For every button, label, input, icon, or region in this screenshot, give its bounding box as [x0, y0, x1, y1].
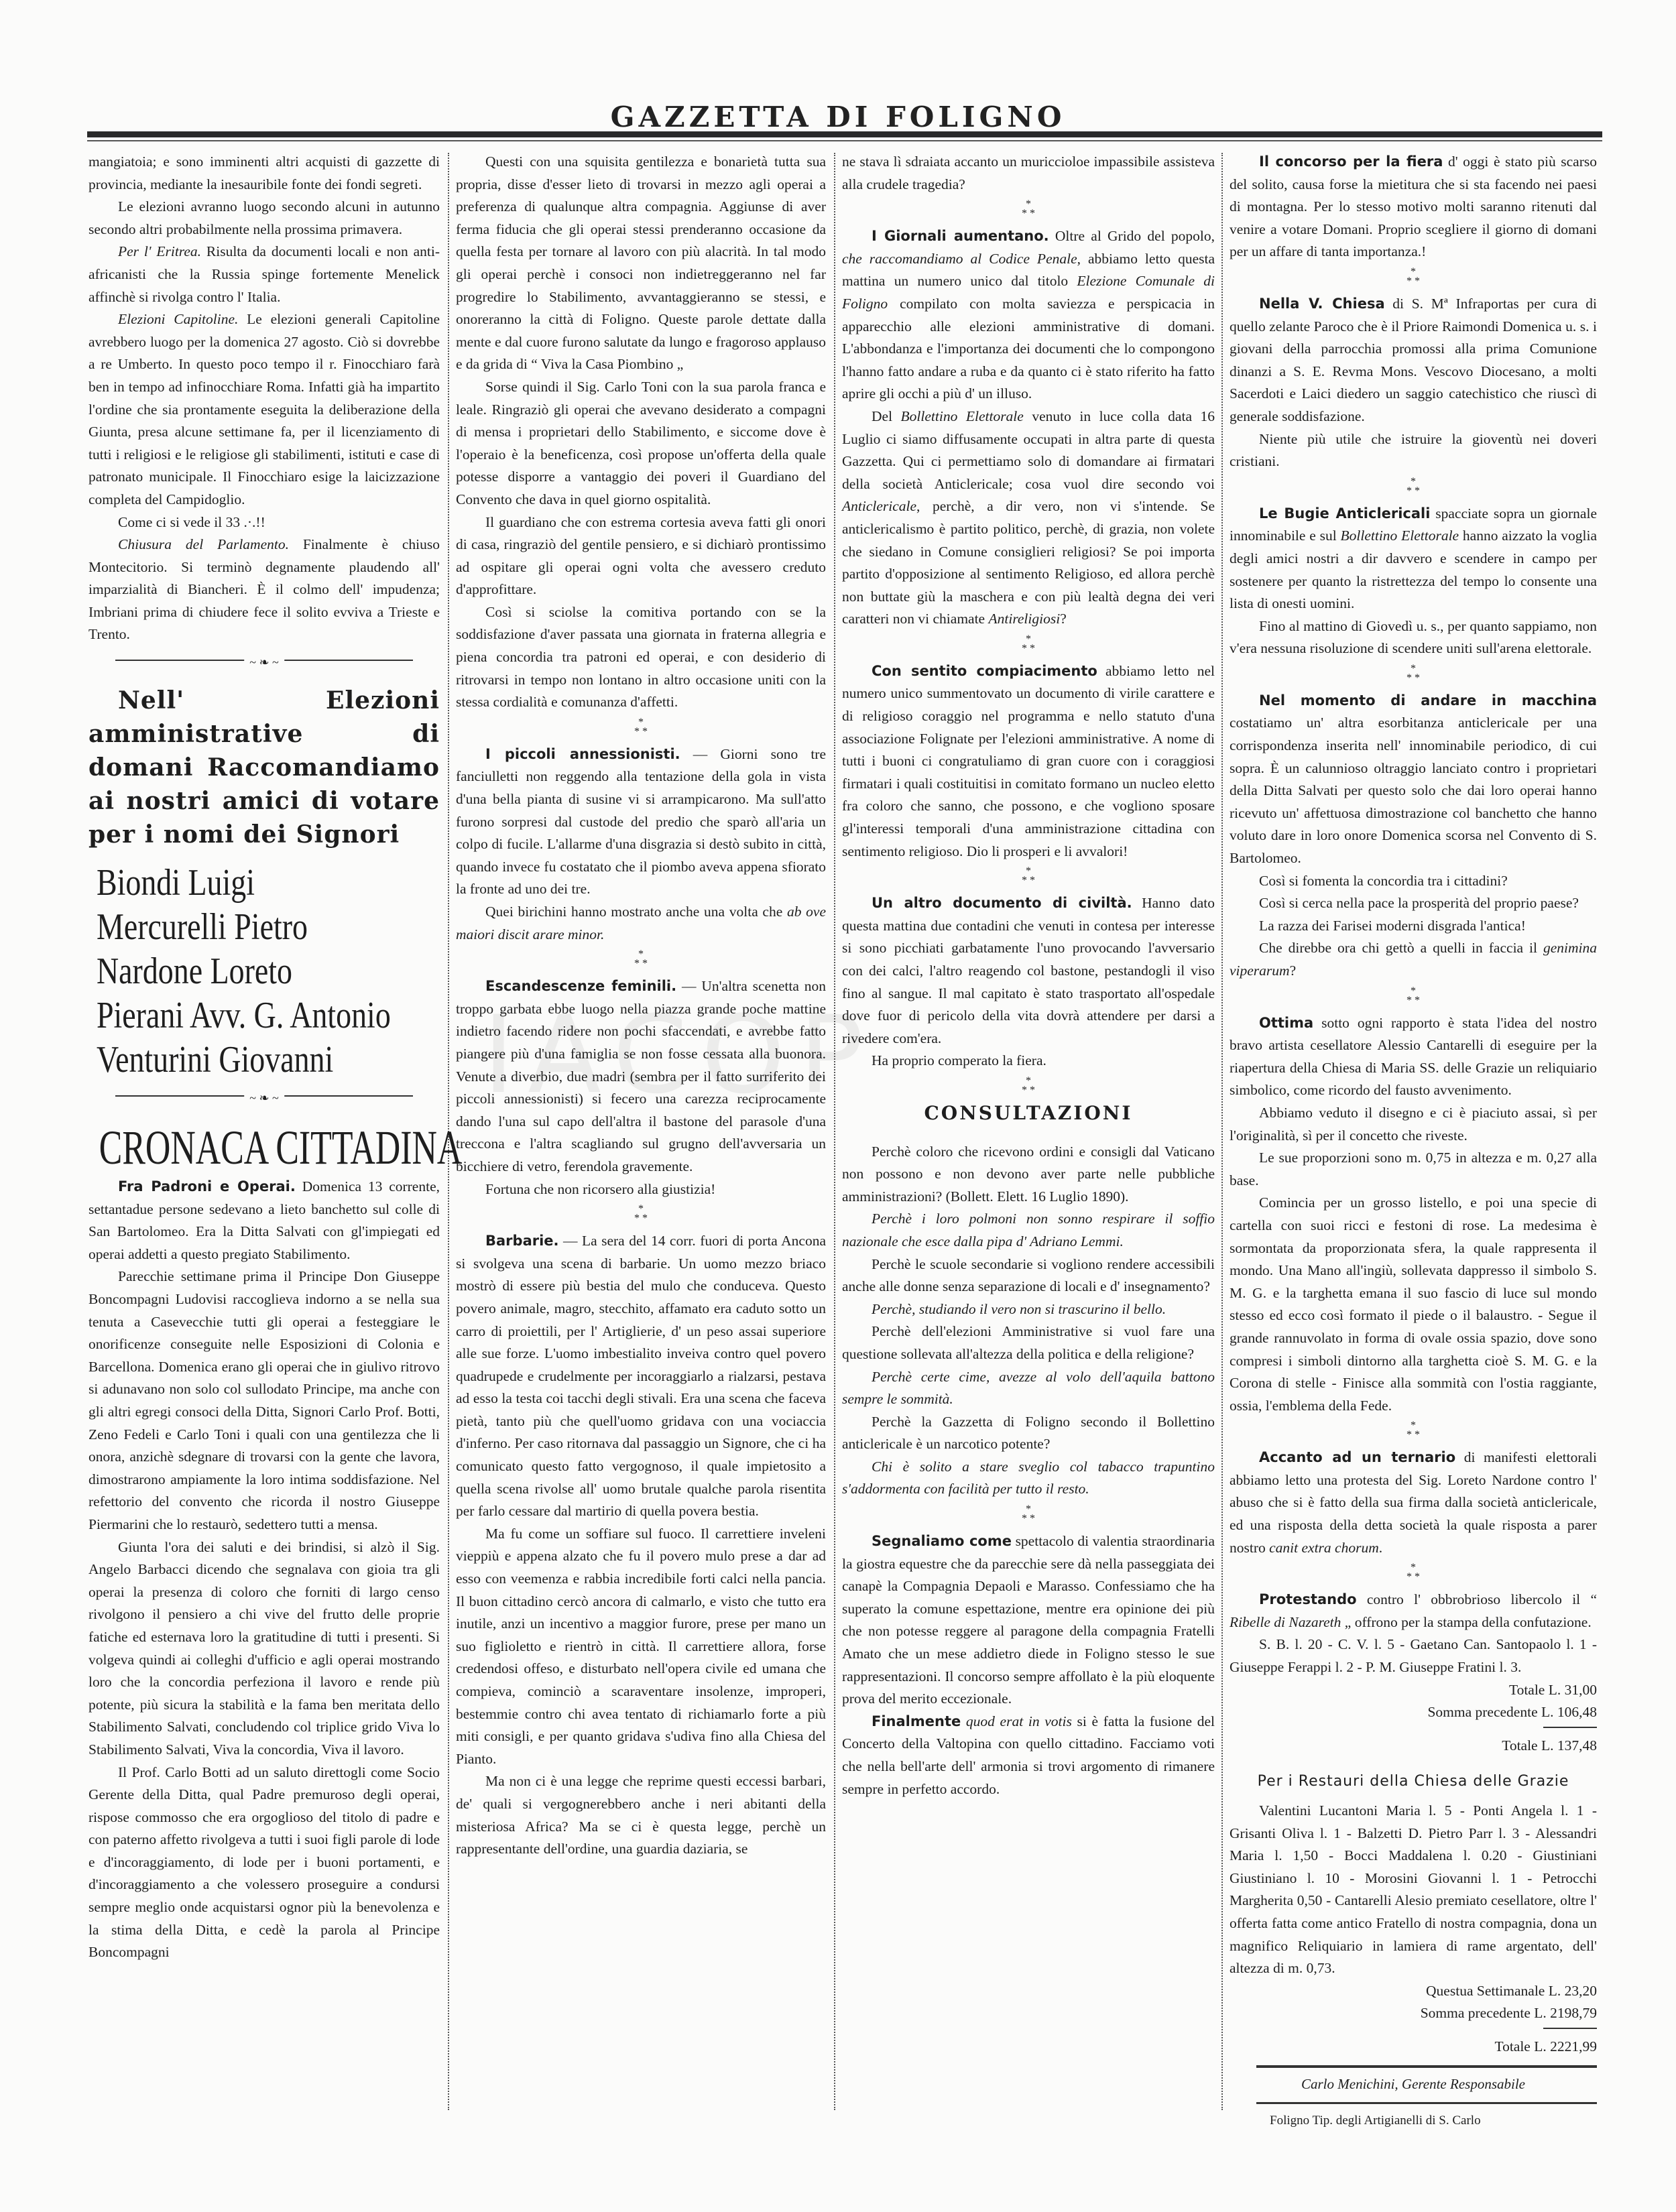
- article-title: I Giornali aumentano.: [872, 228, 1049, 244]
- article-title: I piccoli annessionisti.: [485, 746, 680, 762]
- article-spettacolo: Segnaliamo come spettacolo di valentia s…: [842, 1530, 1215, 1711]
- section-title: CRONACA CITTADINA: [99, 1119, 429, 1176]
- paragraph: La razza dei Farisei moderni disgrada l'…: [1230, 915, 1597, 938]
- paragraph: Giunta l'ora dei saluti e dei brindisi, …: [88, 1536, 440, 1762]
- sum-rule: [1543, 1727, 1597, 1728]
- consult-answer: Perchè, studiando il vero non si trascur…: [842, 1298, 1215, 1321]
- column-4: Il concorso per la fiera d' oggi è stato…: [1230, 151, 1597, 2132]
- paragraph: Comincia per un grosso listello, e poi u…: [1230, 1192, 1597, 1417]
- masthead-rule-thin: [87, 140, 1602, 141]
- paragraph: Ma non ci è una legge che reprime questi…: [456, 1770, 826, 1860]
- column-divider: [1221, 153, 1223, 2110]
- asterism-divider: ** *: [842, 1077, 1215, 1095]
- consult-question: Perchè la Gazzetta di Foligno secondo il…: [842, 1411, 1215, 1456]
- ornament-divider: [115, 660, 413, 672]
- article-padroni: Fra Padroni e Operai. Domenica 13 corren…: [88, 1176, 440, 1266]
- paragraph: Parecchie settimane prima il Principe Do…: [88, 1266, 440, 1536]
- article-title: Segnaliamo come: [872, 1533, 1012, 1549]
- asterism-divider: ** *: [1230, 987, 1597, 1005]
- footer-rule: [1256, 2065, 1597, 2068]
- consult-question: Perchè coloro che ricevono ordini e cons…: [842, 1141, 1215, 1209]
- article-annessionisti: I piccoli annessionisti. — Giorni sono t…: [456, 743, 826, 901]
- responsible-editor: Carlo Menichini, Gerente Responsabile: [1230, 2073, 1597, 2096]
- article-title: Con sentito compiacimento: [872, 663, 1097, 679]
- weekly-collection: Questua Settimanale L. 23,20: [1230, 1980, 1597, 2003]
- article-barbarie: Barbarie. — La sera del 14 corr. fuori d…: [456, 1230, 826, 1523]
- paragraph: Fino al mattino di Giovedì u. s., per qu…: [1230, 615, 1597, 660]
- donor-list: Valentini Lucantoni Maria l. 5 - Ponti A…: [1230, 1800, 1597, 1980]
- paragraph: Così si fomenta la concordia tra i citta…: [1230, 870, 1597, 893]
- paragraph: Ma fu come un soffiare sul fuoco. Il car…: [456, 1523, 826, 1771]
- article-capitoline: Elezioni Capitoline. Le elezioni general…: [88, 308, 440, 511]
- paragraph: Le sue proporzioni sono m. 0,75 in altez…: [1230, 1147, 1597, 1192]
- article-title: Un altro documento di civiltà.: [872, 895, 1132, 911]
- asterism-divider: ** *: [456, 718, 826, 737]
- article-title: Nel momento di andare in macchina: [1259, 692, 1597, 709]
- article-giornali: I Giornali aumentano. Oltre al Grido del…: [842, 225, 1215, 406]
- paragraph: Del Bollettino Elettorale venuto in luce…: [842, 406, 1215, 631]
- paragraph: Il guardiano che con estrema cortesia av…: [456, 511, 826, 601]
- asterism-divider: ** *: [1230, 267, 1597, 286]
- column-3: ne stava lì sdraiata accanto un muriccio…: [842, 151, 1215, 1800]
- masthead-rule: [87, 131, 1602, 137]
- masthead: GAZZETTA DI FOLIGNO: [0, 101, 1676, 133]
- article-title: Chiusura del Parlamento.: [118, 536, 289, 552]
- paragraph: Le elezioni avranno luogo secondo alcuni…: [88, 196, 440, 241]
- candidate-name: Nardone Loreto: [97, 949, 378, 993]
- paragraph: Il Prof. Carlo Botti ad un saluto dirett…: [88, 1762, 440, 1964]
- printer-credit: Foligno Tip. degli Artigianelli di S. Ca…: [1270, 2109, 1597, 2132]
- article-title: Escandescenze feminili.: [485, 978, 676, 994]
- article-chiesa: Nella V. Chiesa di S. Mª Infraportas per…: [1230, 293, 1597, 428]
- grand-total: Totale L. 2221,99: [1230, 2036, 1597, 2059]
- article-title: Accanto ad un ternario: [1259, 1449, 1455, 1465]
- paragraph: Come ci si vede il 33 .·.!!: [88, 511, 440, 534]
- article-ottima: Ottima sotto ogni rapporto è stata l'ide…: [1230, 1012, 1597, 1102]
- paragraph: Quei birichini hanno mostrato anche una …: [456, 901, 826, 946]
- newspaper-title: GAZZETTA DI FOLIGNO: [611, 101, 1066, 133]
- paragraph: Niente più utile che istruire la giovent…: [1230, 428, 1597, 473]
- candidate-name: Biondi Luigi: [97, 861, 378, 905]
- article-bugie: Le Bugie Anticlericali spacciate sopra u…: [1230, 503, 1597, 615]
- sum-rule: [1543, 2028, 1597, 2029]
- asterism-divider: ** *: [1230, 1421, 1597, 1440]
- article-compiacimento: Con sentito compiacimento abbiamo letto …: [842, 660, 1215, 863]
- asterism-divider: ** *: [842, 635, 1215, 654]
- article-title: Elezioni Capitoline.: [118, 311, 238, 327]
- column-2: Questi con una squisita gentilezza e bon…: [456, 151, 826, 1861]
- ornament-divider: [115, 1095, 413, 1107]
- asterism-divider: ** *: [1230, 1563, 1597, 1582]
- paragraph: Sorse quindi il Sig. Carlo Toni con la s…: [456, 376, 826, 511]
- column-divider: [834, 153, 836, 2110]
- footer-rule: [1256, 2102, 1597, 2104]
- article-title: Per l' Eritrea.: [118, 243, 201, 259]
- asterism-divider: ** *: [842, 200, 1215, 219]
- article-protestando: Protestando contro l' obbrobrioso liberc…: [1230, 1589, 1597, 1634]
- grand-total: Totale L. 137,48: [1230, 1735, 1597, 1758]
- paragraph: Che direbbe ora chi gettò a quelli in fa…: [1230, 937, 1597, 982]
- donor-list: S. B. l. 20 - C. V. l. 5 - Gaetano Can. …: [1230, 1634, 1597, 1678]
- candidate-name: Mercurelli Pietro: [97, 905, 378, 949]
- article-title: Le Bugie Anticlericali: [1259, 505, 1430, 521]
- article-eritrea: Per l' Eritrea. Risulta da documenti loc…: [88, 241, 440, 308]
- column-1: mangiatoia; e sono imminenti altri acqui…: [88, 151, 440, 1964]
- article-parlamento: Chiusura del Parlamento. Finalmente è ch…: [88, 534, 440, 646]
- paragraph: Questi con una squisita gentilezza e bon…: [456, 151, 826, 376]
- consult-question: Perchè le scuole secondarie si vogliono …: [842, 1253, 1215, 1298]
- paragraph: Così si cerca nella pace la prosperità d…: [1230, 892, 1597, 915]
- asterism-divider: ** *: [842, 1505, 1215, 1524]
- paragraph: Ha proprio comperato la fiera.: [842, 1050, 1215, 1072]
- article-macchina: Nel momento di andare in macchina costat…: [1230, 690, 1597, 870]
- article-finalmente: Finalmente quod erat in votis si è fatta…: [842, 1711, 1215, 1800]
- article-title: Ottima: [1259, 1015, 1313, 1031]
- asterism-divider: ** *: [1230, 664, 1597, 683]
- previous-sum: Somma precedente L. 106,48: [1230, 1701, 1597, 1724]
- paragraph: Fortuna che non ricorsero alla giustizia…: [456, 1178, 826, 1201]
- subtotal: Totale L. 31,00: [1230, 1679, 1597, 1702]
- candidate-name: Pierani Avv. G. Antonio: [97, 993, 378, 1038]
- previous-sum: Somma precedente L. 2198,79: [1230, 2002, 1597, 2025]
- candidate-name: Venturini Giovanni: [97, 1038, 378, 1082]
- article-escandescenze: Escandescenze feminili. — Un'altra scene…: [456, 975, 826, 1178]
- asterism-divider: ** *: [842, 867, 1215, 885]
- article-title: Protestando: [1259, 1591, 1357, 1607]
- paragraph: mangiatoia; e sono imminenti altri acqui…: [88, 151, 440, 196]
- asterism-divider: ** *: [456, 950, 826, 969]
- section-title: CONSULTAZIONI: [842, 1102, 1215, 1125]
- paragraph: Così si sciolse la comitiva portando con…: [456, 601, 826, 714]
- election-appeal: Nell' Elezioni amministrative di domani …: [88, 684, 440, 851]
- article-title: Fra Padroni e Operai.: [118, 1178, 296, 1194]
- article-civilta: Un altro documento di civiltà. Hanno dat…: [842, 892, 1215, 1050]
- asterism-divider: ** *: [456, 1205, 826, 1223]
- consult-answer: Perchè certe cime, avezze al volo dell'a…: [842, 1366, 1215, 1411]
- article-title: Nella V. Chiesa: [1259, 296, 1385, 312]
- consult-question: Perchè dell'elezioni Amministrative si v…: [842, 1320, 1215, 1365]
- article-title: Il concorso per la fiera: [1259, 153, 1443, 170]
- asterism-divider: ** *: [1230, 477, 1597, 496]
- paragraph: Abbiamo veduto il disegno e ci è piaciut…: [1230, 1102, 1597, 1147]
- consult-answer: Chi è solito a stare sveglio col tabacco…: [842, 1456, 1215, 1501]
- article-ternario: Accanto ad un ternario di manifesti elet…: [1230, 1447, 1597, 1559]
- article-title: Barbarie.: [485, 1233, 559, 1249]
- article-fiera: Il concorso per la fiera d' oggi è stato…: [1230, 151, 1597, 263]
- paragraph: ne stava lì sdraiata accanto un muriccio…: [842, 151, 1215, 196]
- article-title: Finalmente: [872, 1713, 961, 1729]
- consult-answer: Perchè i loro polmoni non sonno respirar…: [842, 1208, 1215, 1253]
- subscription-title: Per i Restauri della Chiesa delle Grazie: [1230, 1770, 1597, 1793]
